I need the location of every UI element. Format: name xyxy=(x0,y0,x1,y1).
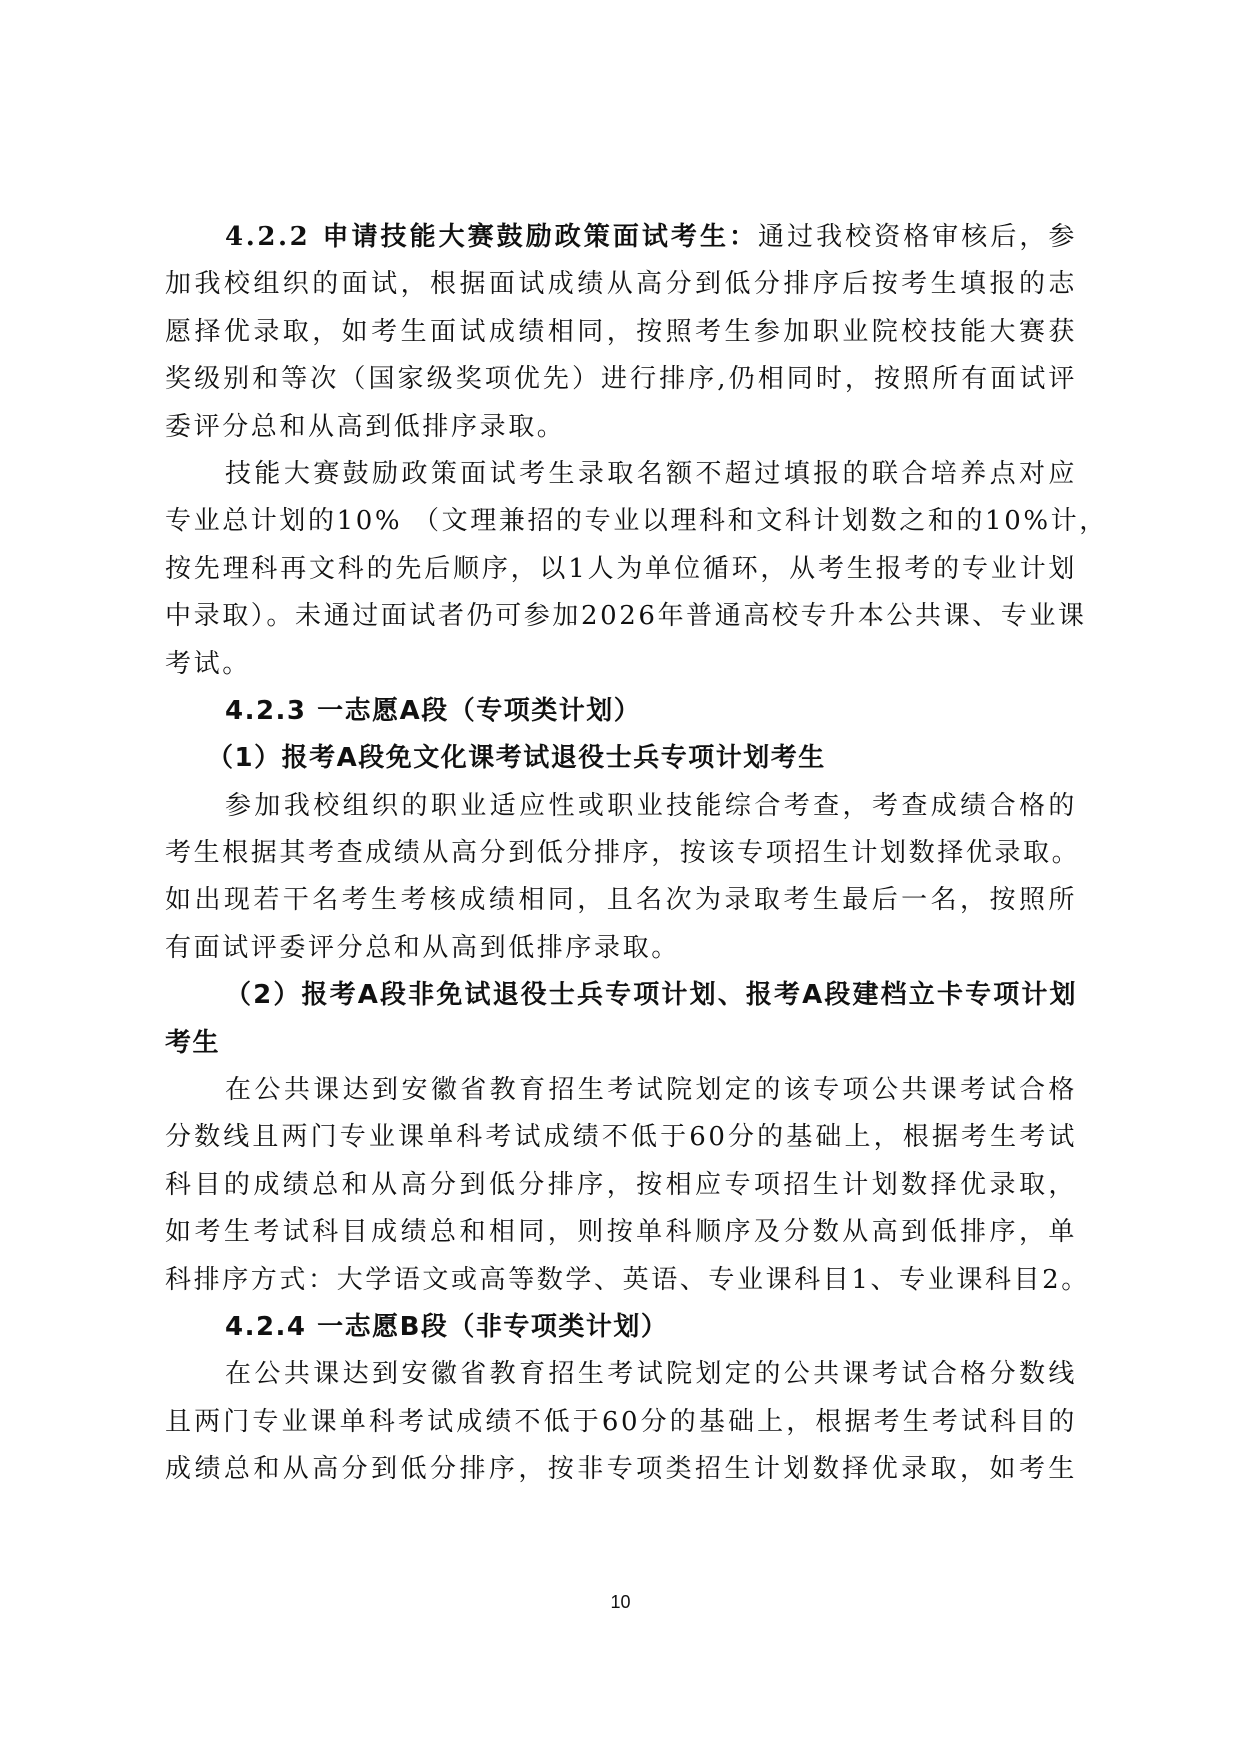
paragraph-line: 如考生考试科目成绩总和相同，则按单科顺序及分数从高到低排序，单 xyxy=(165,1209,1077,1256)
paragraph-text: 通过我校资格审核后，参 xyxy=(758,222,1077,252)
paragraph-line: 考试。 xyxy=(165,641,1077,688)
paragraph-line: 成绩总和从高分到低分排序，按非专项类招生计划数择优录取，如考生 xyxy=(165,1446,1077,1493)
paragraph-line: 按先理科再文科的先后顺序，以1人为单位循环，从考生报考的专业计划 xyxy=(165,546,1077,593)
subsection-2-heading-cont: 考生 xyxy=(165,1020,1077,1067)
paragraph-line: 且两门专业课单科考试成绩不低于60分的基础上，根据考生考试科目的 xyxy=(165,1399,1077,1446)
section-4-2-3-heading: 4.2.3 一志愿A段（专项类计划） xyxy=(165,688,1077,735)
section-4-2-2-heading: 4.2.2 申请技能大赛鼓励政策面试考生： xyxy=(225,222,758,252)
paragraph-line: 科目的成绩总和从高分到低分排序，按相应专项招生计划数择优录取， xyxy=(165,1162,1077,1209)
paragraph-line: 有面试评委评分总和从高到低排序录取。 xyxy=(165,925,1077,972)
paragraph-line: 如出现若干名考生考核成绩相同，且名次为录取考生最后一名，按照所 xyxy=(165,877,1077,924)
paragraph-line: 考生根据其考查成绩从高分到低分排序，按该专项招生计划数择优录取。 xyxy=(165,830,1077,877)
paragraph-line: 中录取）。未通过面试者仍可参加2026年普通高校专升本公共课、专业课 xyxy=(165,593,1077,640)
paragraph-line: 专业总计划的10% （文理兼招的专业以理科和文科计划数之和的10%计， xyxy=(165,498,1077,545)
page-number: 10 xyxy=(0,1592,1241,1613)
document-page: 4.2.2 申请技能大赛鼓励政策面试考生：通过我校资格审核后，参 加我校组织的面… xyxy=(165,214,1077,1494)
section-4-2-4-heading: 4.2.4 一志愿B段（非专项类计划） xyxy=(165,1304,1077,1351)
paragraph-line: 在公共课达到安徽省教育招生考试院划定的该专项公共课考试合格 xyxy=(165,1067,1077,1114)
subsection-1-heading: （1）报考A段免文化课考试退役士兵专项计划考生 xyxy=(165,735,1077,782)
paragraph-line: 技能大赛鼓励政策面试考生录取名额不超过填报的联合培养点对应 xyxy=(165,451,1077,498)
section-4-2-2-line-1: 4.2.2 申请技能大赛鼓励政策面试考生：通过我校资格审核后，参 xyxy=(165,214,1077,261)
paragraph-line: 在公共课达到安徽省教育招生考试院划定的公共课考试合格分数线 xyxy=(165,1351,1077,1398)
paragraph-line: 愿择优录取，如考生面试成绩相同，按照考生参加职业院校技能大赛获 xyxy=(165,309,1077,356)
paragraph-line: 参加我校组织的职业适应性或职业技能综合考查，考查成绩合格的 xyxy=(165,783,1077,830)
subsection-2-heading: （2）报考A段非免试退役士兵专项计划、报考A段建档立卡专项计划 xyxy=(165,972,1077,1019)
paragraph-line: 委评分总和从高到低排序录取。 xyxy=(165,404,1077,451)
paragraph-line: 奖级别和等次（国家级奖项优先）进行排序,仍相同时，按照所有面试评 xyxy=(165,356,1077,403)
paragraph-line: 分数线且两门专业课单科考试成绩不低于60分的基础上，根据考生考试 xyxy=(165,1114,1077,1161)
paragraph-line: 科排序方式：大学语文或高等数学、英语、专业课科目1、专业课科目2。 xyxy=(165,1257,1077,1304)
paragraph-line: 加我校组织的面试，根据面试成绩从高分到低分排序后按考生填报的志 xyxy=(165,261,1077,308)
